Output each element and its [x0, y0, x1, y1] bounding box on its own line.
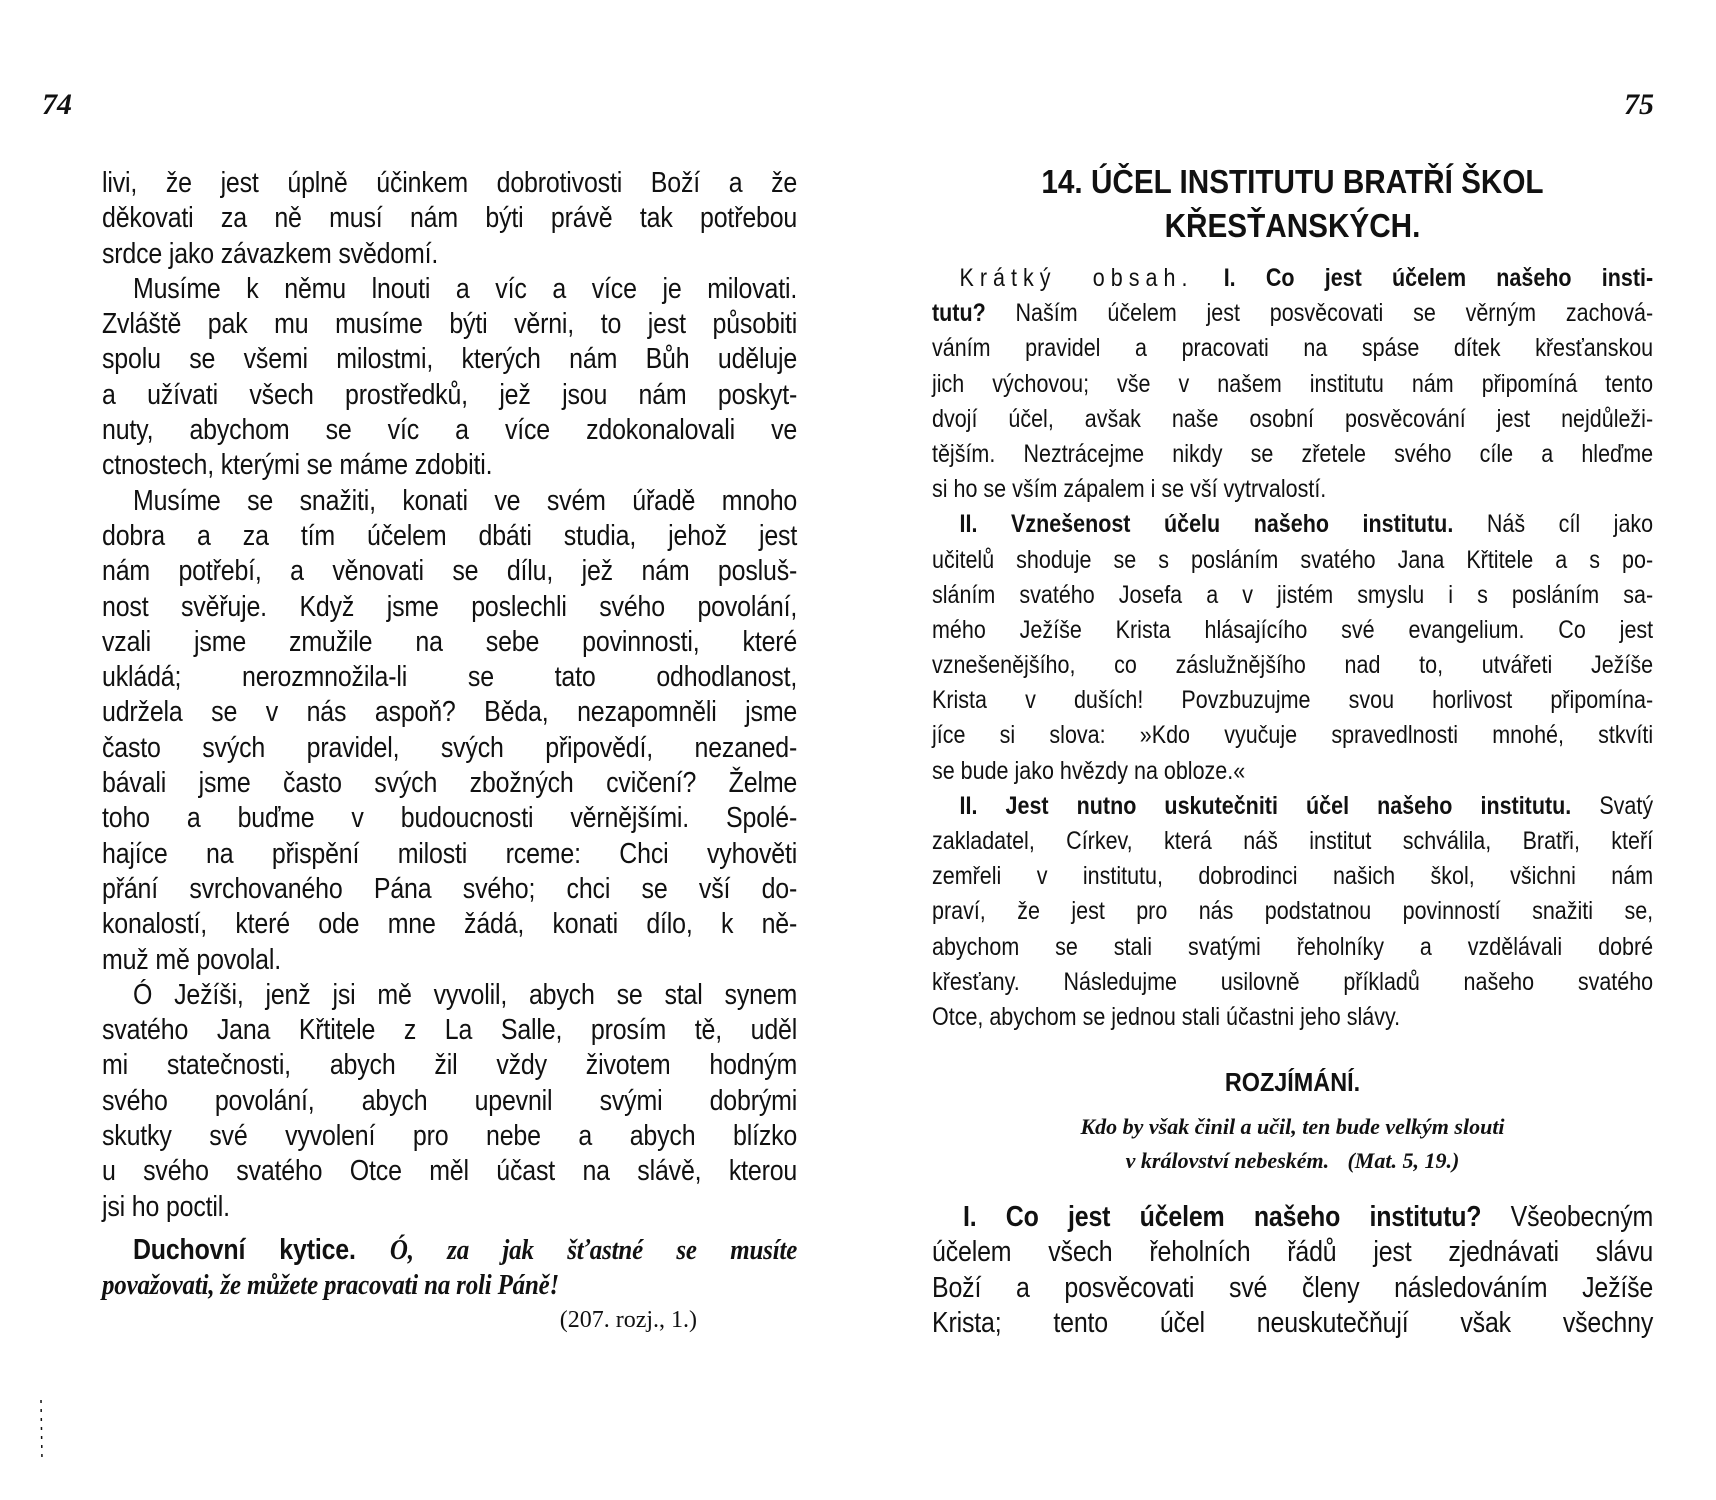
summary-label: Krátký obsah. — [960, 264, 1194, 292]
summary-line: křesťany. Následujme usilovně příkladů n… — [932, 965, 1653, 1000]
text-line: často svých pravidel, svých připovědí, n… — [102, 731, 797, 766]
summary-heading: II. Jest nutno uskutečniti účel našeho i… — [960, 792, 1572, 820]
text-line: bávali jsme často svých zbožných cvičení… — [102, 766, 797, 801]
meditation-body: I. Co jest účelem našeho institutu? Všeo… — [932, 1200, 1653, 1341]
text-line: děkovati za ně musí nám býti právě tak p… — [102, 201, 797, 236]
left-page-body: livi, že jest úplně účinkem dobrotivosti… — [102, 166, 797, 1225]
summary-section: Krátký obsah. I. Co jest účelem našeho i… — [932, 261, 1653, 1035]
meditation-body-line-0: I. Co jest účelem našeho institutu? Všeo… — [932, 1200, 1653, 1235]
summary-line: jíce si slova: »Kdo vyučuje spravedlnost… — [932, 718, 1653, 753]
bouquet-line-2: považovati, že můžete pracovati na roli … — [102, 1268, 797, 1303]
text-line: svatého Jana Křtitele z La Salle, prosím… — [102, 1013, 797, 1048]
text-line: ctnostech, kterými se máme zdobiti. — [102, 448, 797, 483]
summary-line-0: Krátký obsah. I. Co jest účelem našeho i… — [932, 261, 1653, 296]
summary-text: Náš cíl jako — [1487, 510, 1653, 538]
summary-line: abychom se stali svatými řeholníky a vzd… — [932, 930, 1653, 965]
summary-line: dvojí účel, avšak naše osobní posvěcován… — [932, 402, 1653, 437]
summary-line: zakladatel, Církev, která náš institut s… — [932, 824, 1653, 859]
text-line: vzali jsme zmužile na sebe povinnosti, k… — [102, 625, 797, 660]
text-line: Ó Ježíši, jenž jsi mě vyvolil, abych se … — [102, 978, 797, 1013]
summary-line: vznešenějšího, co záslužnějšího nad to, … — [932, 648, 1653, 683]
text-line: skutky své vyvolení pro nebe a abych blí… — [102, 1119, 797, 1154]
text-line: konalostí, které ode mne žádá, konati dí… — [102, 907, 797, 942]
text-line: nám potřebí, a věnovati se dílu, jež nám… — [102, 554, 797, 589]
bouquet-reference: (207. rozj., 1.) — [102, 1304, 797, 1336]
text-line: livi, že jest úplně účinkem dobrotivosti… — [102, 166, 797, 201]
summary-line: mého Ježíše Krista hlásajícího své evang… — [932, 613, 1653, 648]
epigraph-line-1: Kdo by však činil a učil, ten bude velký… — [932, 1110, 1653, 1144]
scan-mark-icon — [40, 1400, 43, 1460]
meditation-point-rest: Všeobecným — [1511, 1201, 1653, 1233]
chapter-title-line-2: KŘESŤANSKÝCH. — [968, 204, 1617, 248]
summary-heading-1-end: tutu? — [932, 299, 986, 327]
spiritual-bouquet: Duchovní kytice. Ó, za jak šťastné se mu… — [102, 1233, 797, 1336]
page-number-left: 74 — [42, 88, 72, 122]
bouquet-label: Duchovní kytice. — [133, 1234, 356, 1266]
epigraph: Kdo by však činil a učil, ten bude velký… — [932, 1110, 1653, 1178]
summary-line: Krista v duších! Povzbuzujme svou horliv… — [932, 683, 1653, 718]
text-line: přání svrchovaného Pána svého; chci se v… — [102, 872, 797, 907]
summary-heading-1: I. Co jest účelem našeho insti- — [1224, 264, 1653, 292]
summary-text: Svatý — [1599, 792, 1653, 820]
text-line: jsi ho poctil. — [102, 1190, 797, 1225]
text-line: nuty, abychom se víc a více zdokonaloval… — [102, 413, 797, 448]
summary-line: učitelů shoduje se s posláním svatého Ja… — [932, 543, 1653, 578]
chapter-title-line-1: 14. ÚČEL INSTITUTU BRATŘÍ ŠKOL — [968, 160, 1617, 204]
summary-line: II. Jest nutno uskutečniti účel našeho i… — [932, 789, 1653, 824]
epigraph-line-2: v království nebeském. — [1126, 1148, 1329, 1173]
meditation-point-heading: I. Co jest účelem našeho institutu? — [963, 1201, 1481, 1233]
text-line: dobra a za tím účelem dbáti studia, jeho… — [102, 519, 797, 554]
text-line: ukládá; nerozmnožila-li se tato odhodlan… — [102, 660, 797, 695]
text-line: nost svěřuje. Když jsme poslechli svého … — [102, 590, 797, 625]
text-line: toho a buďme v budoucnosti věrnějšími. S… — [102, 801, 797, 836]
summary-line: zemřeli v institutu, dobrodinci našich š… — [932, 859, 1653, 894]
summary-line: si ho se vším zápalem i se vší vytrvalos… — [932, 472, 1653, 507]
meditation-heading: ROZJÍMÁNÍ. — [968, 1060, 1617, 1104]
text-line: srdce jako závazkem svědomí. — [102, 237, 797, 272]
summary-text: Naším účelem jest posvěcovati se věrným … — [1016, 299, 1654, 327]
summary-line: se bude jako hvězdy na obloze.« — [932, 754, 1653, 789]
text-line: Musíme se snažiti, konati ve svém úřadě … — [102, 484, 797, 519]
summary-line: tějším. Neztrácejme nikdy se zřetele své… — [932, 437, 1653, 472]
page-number-right: 75 — [1624, 88, 1654, 122]
text-line: hajíce na přispění milosti rceme: Chci v… — [102, 837, 797, 872]
text-line: Zvláště pak mu musíme býti věrni, to jes… — [102, 307, 797, 342]
summary-line: sláním svatého Josefa a v jistém smyslu … — [932, 578, 1653, 613]
text-line: Musíme k němu lnouti a víc a více je mil… — [102, 272, 797, 307]
text-line: a užívati všech prostředků, jež jsou nám… — [102, 378, 797, 413]
text-line: Krista; tento účel neuskutečňují však vš… — [932, 1306, 1653, 1341]
text-line: muž mě povolal. — [102, 943, 797, 978]
summary-line: Otce, abychom se jednou stali účastni je… — [932, 1000, 1653, 1035]
epigraph-reference: (Mat. 5, 19.) — [1347, 1148, 1459, 1173]
text-line: mi statečnosti, abych žil vždy životem h… — [102, 1048, 797, 1083]
text-line: udržela se v nás aspoň? Běda, nezapomněl… — [102, 695, 797, 730]
text-line: Boží a posvěcovati své členy následování… — [932, 1271, 1653, 1306]
text-line: svého povolání, abych upevnil svými dobr… — [102, 1084, 797, 1119]
summary-line: II. Vznešenost účelu našeho institutu. N… — [932, 507, 1653, 542]
text-line: účelem všech řeholních řádů jest zjednáv… — [932, 1235, 1653, 1270]
bouquet-line-1: Duchovní kytice. Ó, za jak šťastné se mu… — [102, 1233, 797, 1268]
text-line: spolu se všemi milostmi, kterých nám Bůh… — [102, 342, 797, 377]
summary-line: jich výchovou; vše v našem institutu nám… — [932, 367, 1653, 402]
bouquet-text-2: považovati, že můžete pracovati na roli … — [102, 1269, 559, 1301]
summary-line: tutu? Naším účelem jest posvěcovati se v… — [932, 296, 1653, 331]
summary-line: praví, že jest pro nás podstatnou povinn… — [932, 894, 1653, 929]
bouquet-text-1: Ó, za jak šťastné se musíte — [390, 1234, 797, 1266]
summary-line: váním pravidel a pracovati na spáse díte… — [932, 331, 1653, 366]
text-line: u svého svatého Otce měl účast na slávě,… — [102, 1154, 797, 1189]
summary-heading: II. Vznešenost účelu našeho institutu. — [960, 510, 1454, 538]
